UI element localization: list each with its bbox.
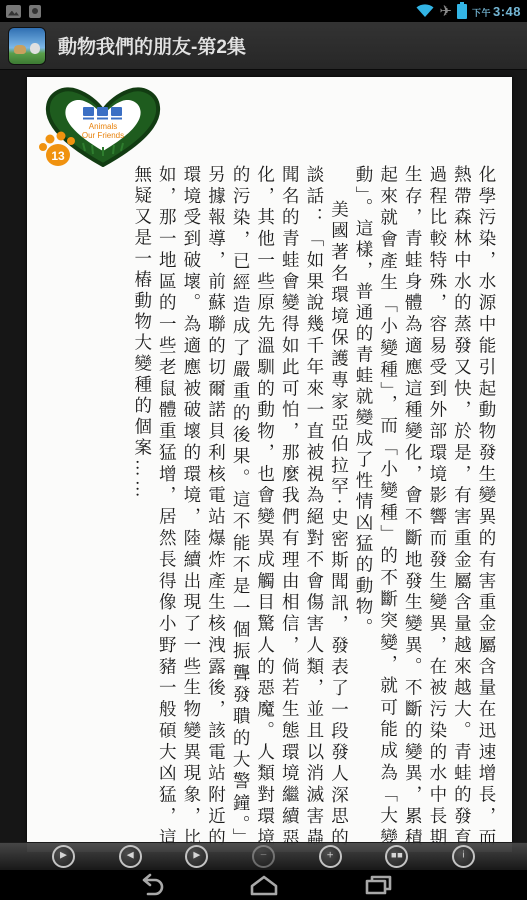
logo-english-line1: Animals — [89, 122, 117, 131]
play-button[interactable]: ▶ — [52, 845, 75, 868]
book-page[interactable]: Animals Our Friends 13 化學污染，水源中能引起動物發生變異… — [27, 77, 512, 852]
app-icon[interactable] — [8, 27, 46, 65]
page-body-text: 化學污染，水源中能引起動物發生變異的有害重金屬含量在迅速增長，而熱帶森林中水的蒸… — [130, 165, 499, 849]
home-icon — [252, 877, 276, 894]
logo-english-line2: Our Friends — [82, 131, 124, 140]
book-title: 動物我們的朋友-第2集 — [58, 32, 246, 59]
info-button[interactable]: i — [452, 845, 475, 868]
battery-icon — [457, 4, 467, 19]
zoom-in-button[interactable]: + — [319, 845, 342, 868]
home-button[interactable] — [247, 873, 281, 897]
reader-toolbar: ▶ ◀ ▶ − + ▪▪ i — [0, 842, 527, 870]
next-page-button[interactable]: ▶ — [185, 845, 208, 868]
paragraph: 化學污染，水源中能引起動物發生變異的有害重金屬含量在迅速增長，而熱帶森林中水的蒸… — [351, 165, 499, 849]
recents-button[interactable] — [361, 873, 395, 897]
paragraph: 美國著名環境保護專家亞伯拉罕·史密斯聞訊，發表了一段發人深思的談話：「如果說幾千… — [130, 165, 351, 849]
app-header: 動物我們的朋友-第2集 — [0, 22, 527, 70]
android-nav-bar — [0, 870, 527, 900]
back-icon — [144, 875, 162, 894]
tablet-screen: ✈ 下午3:48 動物我們的朋友-第2集 Animals Our F — [0, 0, 527, 900]
gallery-notification-icon[interactable] — [6, 5, 21, 18]
airplane-mode-icon: ✈ — [439, 4, 452, 19]
zoom-out-button[interactable]: − — [252, 845, 275, 868]
wifi-icon — [416, 4, 434, 18]
page-number: 13 — [51, 149, 65, 163]
chapter-logo: Animals Our Friends 13 — [33, 81, 173, 173]
mini-book-icons — [83, 107, 122, 116]
status-clock: 下午3:48 — [472, 4, 521, 19]
recents-icon — [372, 877, 390, 889]
prev-page-button[interactable]: ◀ — [119, 845, 142, 868]
status-bar: ✈ 下午3:48 — [0, 0, 527, 22]
thumbnails-button[interactable]: ▪▪ — [385, 845, 408, 868]
back-button[interactable] — [133, 873, 167, 897]
camera-notification-icon[interactable] — [29, 5, 41, 18]
